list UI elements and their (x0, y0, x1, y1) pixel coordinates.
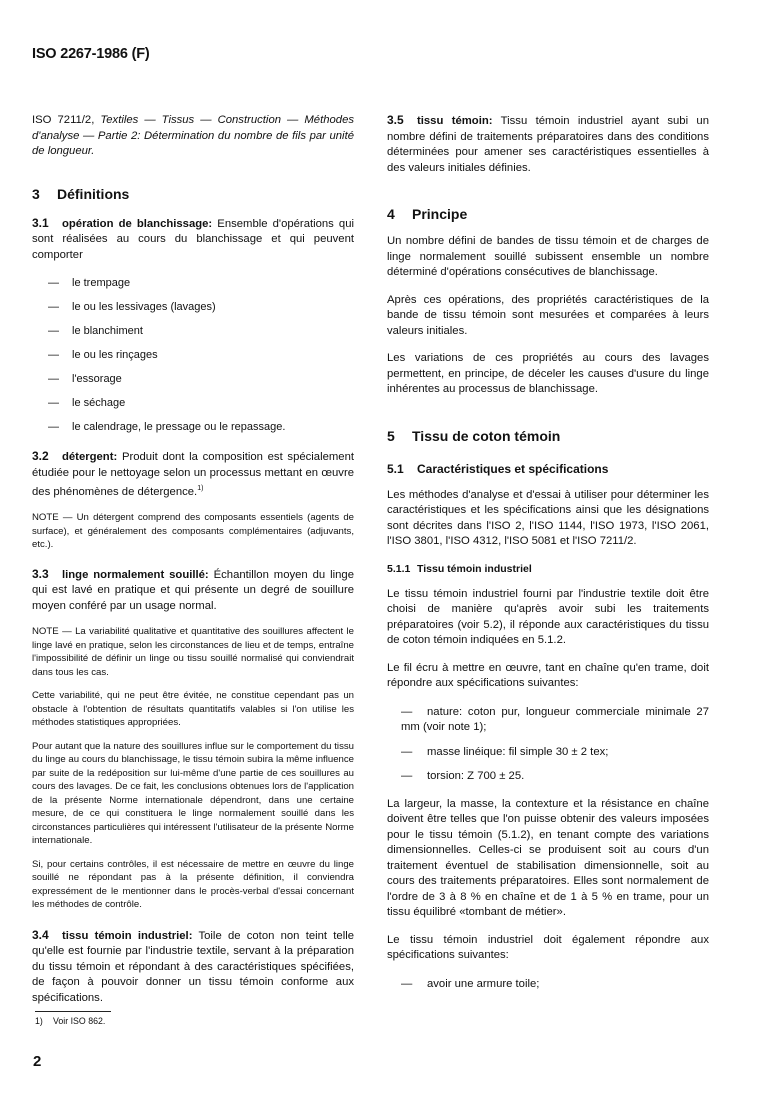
dash-bullet: — (401, 769, 427, 785)
list-item: —masse linéique: fil simple 30 ± 2 tex; (387, 745, 709, 761)
yarn-requirements-paragraph: Le fil écru à mettre en œuvre, tant en c… (387, 661, 709, 692)
section-number: 3 (32, 186, 57, 202)
list-item: —le séchage (32, 396, 354, 411)
section-5-heading: 5Tissu de coton témoin (387, 428, 709, 444)
list-item-text: masse linéique: fil simple 30 ± 2 tex; (427, 746, 608, 758)
list-item-text: le calendrage, le pressage ou le repassa… (72, 421, 285, 433)
footnote-mark: 1) (35, 1016, 53, 1026)
dash-bullet: — (401, 977, 427, 993)
note-paragraph: Pour autant que la nature des souillures… (32, 740, 354, 848)
section-4-heading: 4Principe (387, 206, 709, 222)
left-column: ISO 7211/2, Textiles — Tissus — Construc… (32, 113, 354, 1006)
dash-bullet: — (48, 300, 59, 315)
definition-3-2: 3.2détergent: Produit dont la compositio… (32, 449, 354, 500)
note-paragraph: Cette variabilité, qui ne peut être évit… (32, 689, 354, 730)
definition-term: opération de blanchissage: (62, 218, 212, 230)
section-title: Tissu de coton témoin (412, 428, 560, 444)
dash-bullet: — (48, 348, 59, 363)
section-title: Définitions (57, 186, 129, 202)
list-item: —nature: coton pur, longueur commerciale… (387, 705, 709, 736)
dash-bullet: — (48, 324, 59, 339)
dash-bullet: — (48, 372, 59, 387)
definition-3-3: 3.3linge normalement souillé: Échantillo… (32, 567, 354, 615)
list-item-text: le ou les rinçages (72, 349, 158, 361)
standard-identifier: ISO 2267-1986 (F) (32, 46, 150, 62)
definition-term: détergent: (62, 451, 117, 463)
industrial-fabric-paragraph: Le tissu témoin industriel fourni par l'… (387, 587, 709, 649)
subsection-number: 5.1.1 (387, 563, 417, 575)
definition-number: 3.1 (32, 216, 62, 232)
definition-3-4: 3.4tissu témoin industriel: Toile de cot… (32, 928, 354, 1007)
principle-paragraph: Après ces opérations, des propriétés car… (387, 293, 709, 340)
list-item-text: le blanchiment (72, 325, 143, 337)
note-paragraph: NOTE — La variabilité qualitative et qua… (32, 625, 354, 679)
footnote-divider (35, 1011, 111, 1012)
reference-prefix: ISO 7211/2, (32, 114, 100, 126)
section-3-heading: 3Définitions (32, 186, 354, 202)
footnote: 1)Voir ISO 862. (35, 1016, 105, 1026)
dash-bullet: — (401, 745, 427, 761)
footnote-reference: 1) (197, 485, 203, 492)
subsection-title: Caractéristiques et spécifications (417, 462, 608, 476)
list-item: —le ou les rinçages (32, 348, 354, 363)
list-item-text: torsion: Z 700 ± 25. (427, 770, 524, 782)
dimensions-paragraph: La largeur, la masse, la contexture et l… (387, 797, 709, 921)
page-number: 2 (33, 1053, 41, 1070)
list-item: —le blanchiment (32, 324, 354, 339)
definition-term: tissu témoin: (417, 115, 493, 127)
definition-3-1: 3.1opération de blanchissage: Ensemble d… (32, 216, 354, 264)
fabric-requirements-paragraph: Le tissu témoin industriel doit égalemen… (387, 933, 709, 964)
list-item: —le ou les lessivages (lavages) (32, 300, 354, 315)
subsection-number: 5.1 (387, 462, 417, 476)
definition-number: 3.5 (387, 113, 417, 129)
methods-paragraph: Les méthodes d'analyse et d'essai à util… (387, 488, 709, 550)
note-detergent: NOTE — Un détergent comprend des composa… (32, 511, 354, 552)
section-title: Principe (412, 206, 467, 222)
definition-term: tissu témoin industriel: (62, 930, 192, 942)
list-item: —l'essorage (32, 372, 354, 387)
definition-3-5: 3.5tissu témoin: Tissu témoin industriel… (387, 113, 709, 176)
yarn-specifications-list: —nature: coton pur, longueur commerciale… (387, 705, 709, 785)
list-item-text: l'essorage (72, 373, 122, 385)
list-item-text: le séchage (72, 397, 125, 409)
right-column: 3.5tissu témoin: Tissu témoin industriel… (387, 113, 709, 1001)
definition-term: linge normalement souillé: (62, 569, 209, 581)
dash-bullet: — (48, 396, 59, 411)
subsection-5-1-1-heading: 5.1.1Tissu témoin industriel (387, 563, 709, 575)
footnote-text: Voir ISO 862. (53, 1016, 105, 1026)
fabric-specifications-list: —avoir une armure toile; (387, 977, 709, 993)
section-number: 5 (387, 428, 412, 444)
principle-paragraph: Les variations de ces propriétés au cour… (387, 351, 709, 398)
definition-number: 3.4 (32, 928, 62, 944)
list-item: —le trempage (32, 276, 354, 291)
note-paragraph: Si, pour certains contrôles, il est néce… (32, 858, 354, 912)
reference-iso-7211-2: ISO 7211/2, Textiles — Tissus — Construc… (32, 113, 354, 160)
list-item-text: avoir une armure toile; (427, 978, 539, 990)
list-item: —torsion: Z 700 ± 25. (387, 769, 709, 785)
dash-bullet: — (48, 420, 59, 435)
definition-number: 3.2 (32, 449, 62, 465)
subsection-5-1-heading: 5.1Caractéristiques et spécifications (387, 462, 709, 476)
list-item: —le calendrage, le pressage ou le repass… (32, 420, 354, 435)
subsection-title: Tissu témoin industriel (417, 563, 532, 575)
section-number: 4 (387, 206, 412, 222)
list-item: —avoir une armure toile; (387, 977, 709, 993)
list-item-text: le trempage (72, 277, 130, 289)
dash-bullet: — (401, 705, 427, 721)
dash-bullet: — (48, 276, 59, 291)
definition-number: 3.3 (32, 567, 62, 583)
laundering-operations-list: —le trempage —le ou les lessivages (lava… (32, 276, 354, 435)
list-item-text: nature: coton pur, longueur commerciale … (401, 706, 709, 734)
list-item-text: le ou les lessivages (lavages) (72, 301, 216, 313)
principle-paragraph: Un nombre défini de bandes de tissu témo… (387, 234, 709, 281)
